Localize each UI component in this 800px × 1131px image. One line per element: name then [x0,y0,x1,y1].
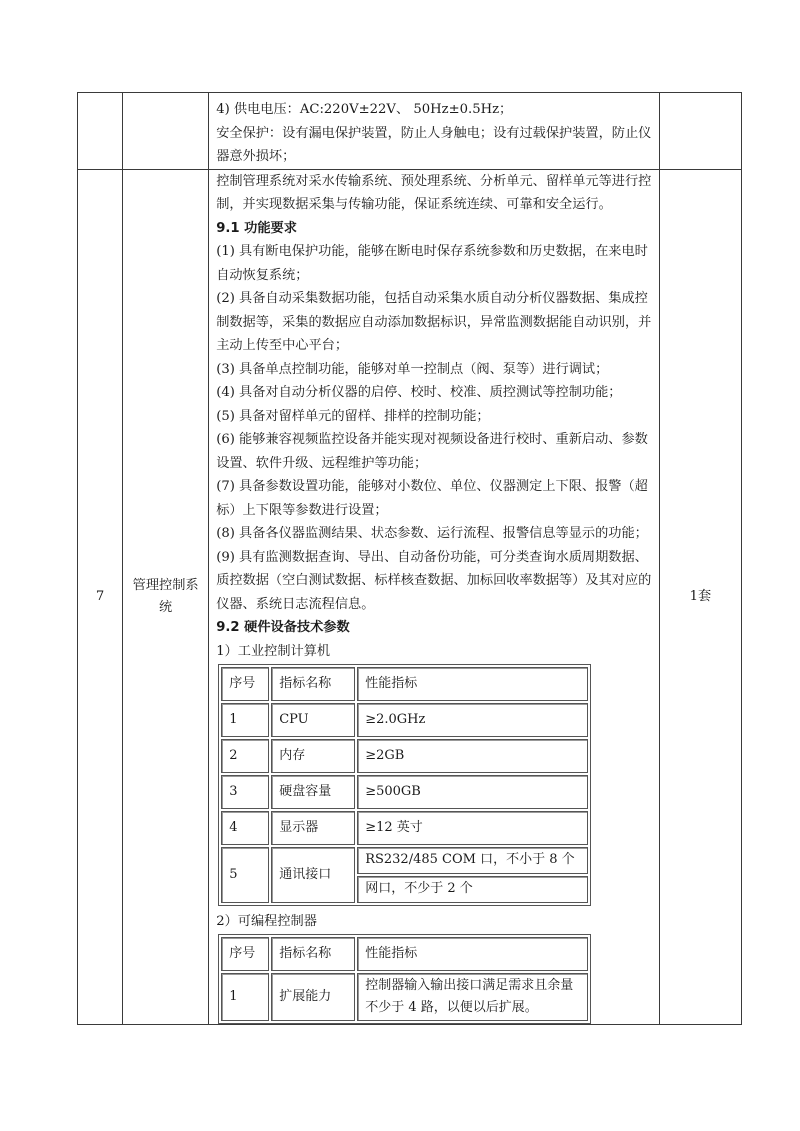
function-item-8: (8) 具备各仪器监测结果、状态参数、运行流程、报警信息等显示的功能； [216,522,653,546]
plc-header-row: 序号 指标名称 性能指标 [221,937,588,971]
item-name: 管理控制系统 [123,169,209,1024]
function-item-1: (1) 具有断电保护功能，能够在断电时保存系统参数和历史数据，在来电时自动恢复系… [216,240,653,287]
cell-qty-empty [659,93,741,170]
ipc-label: 1）工业控制计算机 [216,640,653,663]
cell-desc-continued: 4) 供电电压：AC:220V±22V、 50Hz±0.5Hz； 安全保护：设有… [209,93,660,170]
item-number: 7 [78,169,123,1024]
equipment-spec-table: 4) 供电电压：AC:220V±22V、 50Hz±0.5Hz； 安全保护：设有… [77,92,742,1025]
function-item-7: (7) 具备参数设置功能，能够对小数位、单位、仪器测定上下限、报警（超标）上下限… [216,475,653,522]
row-no: 2 [221,739,269,773]
plc-label: 2）可编程控制器 [216,910,653,933]
ipc-header-row: 序号 指标名称 性能指标 [221,667,588,701]
row-spec: ≥2GB [357,739,588,773]
row-name: 通讯接口 [271,847,355,903]
row-name: 显示器 [271,811,355,845]
function-item-9: (9) 具有监测数据查询、导出、自动备份功能，可分类查询水质周期数据、质控数据（… [216,546,653,617]
row-no: 1 [221,973,269,1021]
header-name: 指标名称 [271,937,355,971]
table-row-item-7: 7 管理控制系统 控制管理系统对采水传输系统、预处理系统、分析单元、留样单元等进… [78,169,742,1024]
item-description: 控制管理系统对采水传输系统、预处理系统、分析单元、留样单元等进行控制，并实现数据… [209,169,660,1024]
row-name: 硬盘容量 [271,775,355,809]
function-item-3: (3) 具备单点控制功能，能够对单一控制点（阀、泵等）进行调试； [216,358,653,382]
row-spec-network: 网口，不少于 2 个 [357,876,588,903]
row-name: CPU [271,703,355,737]
header-spec: 性能指标 [357,667,588,701]
section-9-1-heading: 9.1 功能要求 [216,217,653,241]
cell-no-empty [78,93,123,170]
document-page: 4) 供电电压：AC:220V±22V、 50Hz±0.5Hz； 安全保护：设有… [0,0,800,1131]
header-no: 序号 [221,667,269,701]
row-no: 5 [221,847,269,903]
row-spec: ≥2.0GHz [357,703,588,737]
ipc-spec-table: 序号 指标名称 性能指标 1 CPU ≥2.0GHz 2 内存 ≥2GB [218,664,591,906]
row-no: 4 [221,811,269,845]
row-name: 内存 [271,739,355,773]
header-no: 序号 [221,937,269,971]
function-item-4: (4) 具备对自动分析仪器的启停、校时、校准、质控测试等控制功能； [216,381,653,405]
cell-name-empty [123,93,209,170]
table-row-continued: 4) 供电电压：AC:220V±22V、 50Hz±0.5Hz； 安全保护：设有… [78,93,742,170]
table-row: 1 扩展能力 控制器输入输出接口满足需求且余量不少于 4 路，以便以后扩展。 [221,973,588,1021]
function-item-6: (6) 能够兼容视频监控设备并能实现对视频设备进行校时、重新启动、参数设置、软件… [216,428,653,475]
power-voltage-line: 4) 供电电压：AC:220V±22V、 50Hz±0.5Hz； [216,96,653,122]
function-item-2: (2) 具备自动采集数据功能，包括自动采集水质自动分析仪器数据、集成控制数据等，… [216,287,653,358]
row-spec-com: RS232/485 COM 口，不小于 8 个 [357,847,588,874]
table-row: 2 内存 ≥2GB [221,739,588,773]
row-spec: ≥500GB [357,775,588,809]
intro-paragraph: 控制管理系统对采水传输系统、预处理系统、分析单元、留样单元等进行控制，并实现数据… [216,170,653,217]
row-spec: 控制器输入输出接口满足需求且余量不少于 4 路，以便以后扩展。 [357,973,588,1021]
row-name: 扩展能力 [271,973,355,1021]
table-row: 1 CPU ≥2.0GHz [221,703,588,737]
item-quantity: 1套 [659,169,741,1024]
header-name: 指标名称 [271,667,355,701]
row-no: 3 [221,775,269,809]
header-spec: 性能指标 [357,937,588,971]
table-row: 5 通讯接口 RS232/485 COM 口，不小于 8 个 [221,847,588,874]
table-row: 3 硬盘容量 ≥500GB [221,775,588,809]
row-spec: ≥12 英寸 [357,811,588,845]
safety-protection-line: 安全保护：设有漏电保护装置，防止人身触电；设有过载保护装置，防止仪器意外损坏； [216,122,653,169]
function-item-5: (5) 具备对留样单元的留样、排样的控制功能； [216,405,653,429]
table-row: 4 显示器 ≥12 英寸 [221,811,588,845]
row-no: 1 [221,703,269,737]
plc-spec-table: 序号 指标名称 性能指标 1 扩展能力 控制器输入输出接口满足需求且余量不少于 … [218,934,591,1024]
section-9-2-heading: 9.2 硬件设备技术参数 [216,616,653,640]
